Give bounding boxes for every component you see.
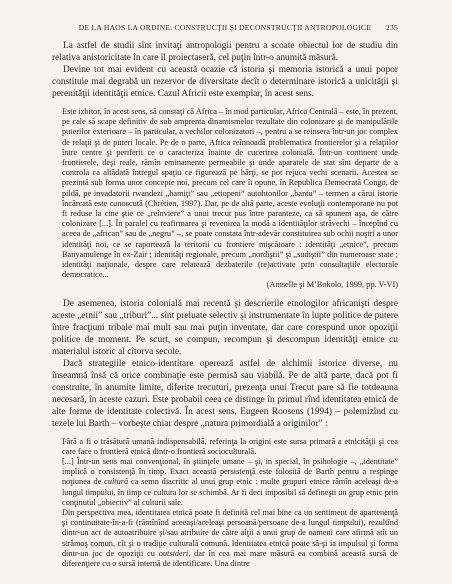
block-quote-1-text: Este izbitor, în acest sens, să constaţi… [62,107,398,280]
block-quote-2: Fără a fi o trăsătură umană indispensabi… [62,437,398,570]
body-paragraph-3: De asemenea, istoria colonială mai recen… [52,298,398,358]
body-paragraph-1: La astfel de studii sînt invitaţi antrop… [52,40,398,64]
quote2-p3-italic-term: outsideri [159,549,189,558]
body-paragraph-4: Dacă strategiile etnico-identitare opere… [52,358,398,430]
running-header: DE LA HAOS LA ORDINE. CONSTRUCŢII ŞI DEC… [52,23,398,32]
block-quote-1-attribution: (Amselle şi M’Bokolo, 1999, pp. V-VI) [62,280,398,290]
quote2-p2-italic-term: cultură [104,477,128,486]
block-quote-1: Este izbitor, în acest sens, să constaţi… [62,107,398,291]
running-header-title: DE LA HAOS LA ORDINE. CONSTRUCŢII ŞI DEC… [79,23,372,32]
book-page: DE LA HAOS LA ORDINE. CONSTRUCŢII ŞI DEC… [0,0,452,584]
block-quote-2-paragraph-3: Din perspectiva mea, identitatea etnică … [62,508,398,569]
block-quote-2-paragraph-1: Fără a fi o trăsătură umană indispensabi… [62,437,398,457]
page-number: 235 [386,23,398,32]
body-paragraph-2: Devine tot mai evident cu această ocazie… [52,64,398,100]
block-quote-2-paragraph-2: [...] Într-un sens mai convenţional, în … [62,457,398,508]
